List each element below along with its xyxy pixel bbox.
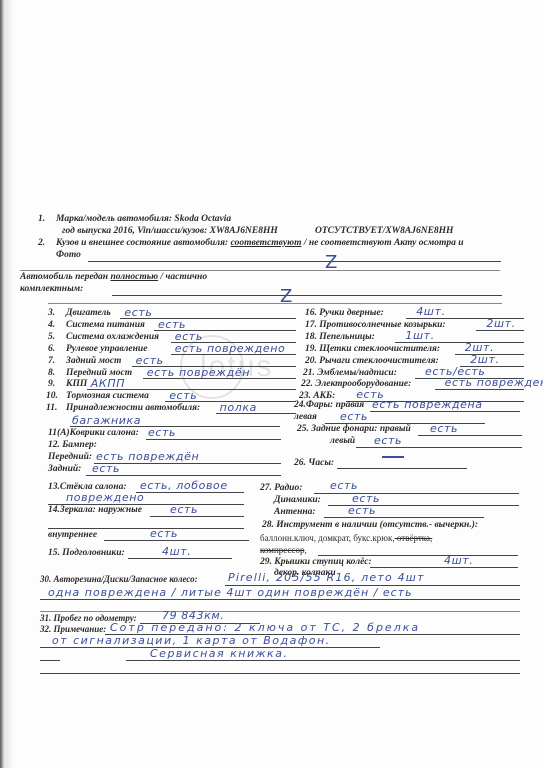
item-14-inner-value: есть (150, 528, 178, 540)
item-29-value: 4шт. (444, 555, 473, 567)
item-1-vin-alt: ОТСУТСТВУЕТ/XW8AJ6NE8HH (315, 226, 453, 237)
item-14-value: есть (170, 504, 198, 516)
item-11a-label: 11(А)Коврики салона: (48, 428, 139, 439)
item-20-value: 2шт. (470, 354, 499, 366)
item-5-label: Система охлаждения (66, 332, 159, 343)
item-25-right-value: есть (430, 423, 458, 435)
item-10-label: Тормозная система (66, 391, 149, 402)
item-12-rear-value: есть (92, 463, 120, 475)
item-28-label: 28. Инструмент в наличии (отсутств.- выч… (262, 520, 478, 531)
item-14-inner-label: внутреннее (48, 530, 97, 541)
item-18-value: 1шт. (405, 330, 434, 342)
item-26-dash (382, 456, 404, 458)
item-32-value: Сотр передано: 2 ключа от ТС, 2 брелка (110, 622, 420, 634)
item-13-value: есть, лобовое (140, 480, 228, 492)
item-16-value: 4шт. (416, 306, 445, 318)
item-7-label: Задний мост (66, 356, 121, 367)
item-3-label: Двигатель (66, 308, 111, 319)
item-1-number: 1. (38, 214, 45, 225)
item-9-number: 9. (48, 379, 55, 390)
item-1-label: Марка/модель автомобиля: Skoda Octavia (56, 214, 231, 225)
item-11-label: Принадлежности автомобиля: (66, 403, 200, 414)
item-7-number: 7. (48, 356, 55, 367)
item-18-label: 18. Пепельницы: (305, 332, 375, 343)
item-4-label: Система питания (66, 320, 145, 331)
item-3-number: 3. (48, 308, 55, 319)
item-32-value-3: Сервисная книжка. (150, 648, 288, 660)
item-15-value: 4шт. (162, 546, 191, 558)
item-25-left-value: есть (374, 435, 402, 447)
item-23-value: есть (356, 389, 384, 401)
item-19-value: 2шт. (465, 342, 494, 354)
item-30-value-2: одна повреждена / литые 4шт один поврежд… (48, 587, 413, 599)
item-25-left-label: левый (330, 436, 355, 447)
item-8-number: 8. (48, 368, 55, 379)
item-20-label: 20. Рычаги стеклоочистителя: (305, 356, 439, 367)
item-22-value: есть повреждено (445, 377, 543, 389)
item-27-antenna-value: есть (348, 505, 376, 517)
item-30-value: Pirelli, 205/55 R16, лето 4шт (228, 572, 425, 584)
item-2-number: 2. (38, 238, 45, 249)
item-27-value: есть (330, 480, 358, 492)
item-13-value-2: повреждено (66, 492, 144, 504)
transfer-complete-label: комплектным: (20, 284, 83, 295)
item-23-label: 23. АКБ: (299, 391, 335, 402)
item-12-rear-label: Задний: (48, 464, 81, 475)
item-15-label: 15. Подголовники: (48, 548, 125, 559)
item-27-antenna-label: Антенна: (274, 507, 316, 518)
item-14-label: 14.Зеркала: наружные (48, 505, 142, 516)
transfer-label: Автомобиль передан полностью / частично (20, 272, 207, 283)
item-10-number: 10. (46, 391, 58, 402)
item-32-value-2: от сигнализации, 1 карта от Водафон. (52, 635, 331, 647)
item-30-label: 30. Авторезина/Диски/Запасное колесо: (40, 574, 198, 585)
item-2-label: Кузов и внешнее состояние автомобиля: со… (56, 238, 464, 249)
item-2-photo-label: Фото (56, 250, 81, 261)
item-6-number: 6. (48, 344, 55, 355)
item-27-label: 27. Радио: (260, 483, 302, 494)
item-19-label: 19. Щетки стеклоочистителя: (305, 344, 440, 355)
item-11-number: 11. (46, 403, 57, 414)
item-12-label: 12. Бампер: (48, 440, 97, 451)
vehicle-acceptance-form: lotus 1. Марка/модель автомобиля: Skoda … (0, 0, 543, 768)
item-16-label: 16. Ручки дверные: (305, 308, 384, 319)
item-1-vin: год выпуска 2016, Vin/шасси/кузов: XW8AJ… (62, 226, 278, 237)
item-24-left-label: левая (294, 412, 317, 423)
item-17-value: 2шт. (486, 318, 515, 330)
item-5-number: 5. (48, 332, 55, 343)
item-11a-value: есть (148, 427, 176, 439)
item-29-label: 29. Крышки ступиц колёс: (260, 557, 372, 568)
item-28-tools-2: компрессор, (260, 545, 307, 556)
item-28-tools: баллонн.ключ, домкрат, букс.крюк, отвёрт… (260, 533, 432, 544)
item-9-label: КПП (66, 379, 87, 390)
item-24-left-value: есть (340, 411, 368, 423)
item-12-front-label: Передний: (48, 452, 92, 463)
item-27-speakers-label: Динамики: (274, 495, 321, 506)
item-4-number: 4. (48, 320, 55, 331)
item-26-label: 26. Часы: (294, 458, 334, 469)
item-21-label: 21. Эмблемы/надписи: (303, 368, 397, 379)
